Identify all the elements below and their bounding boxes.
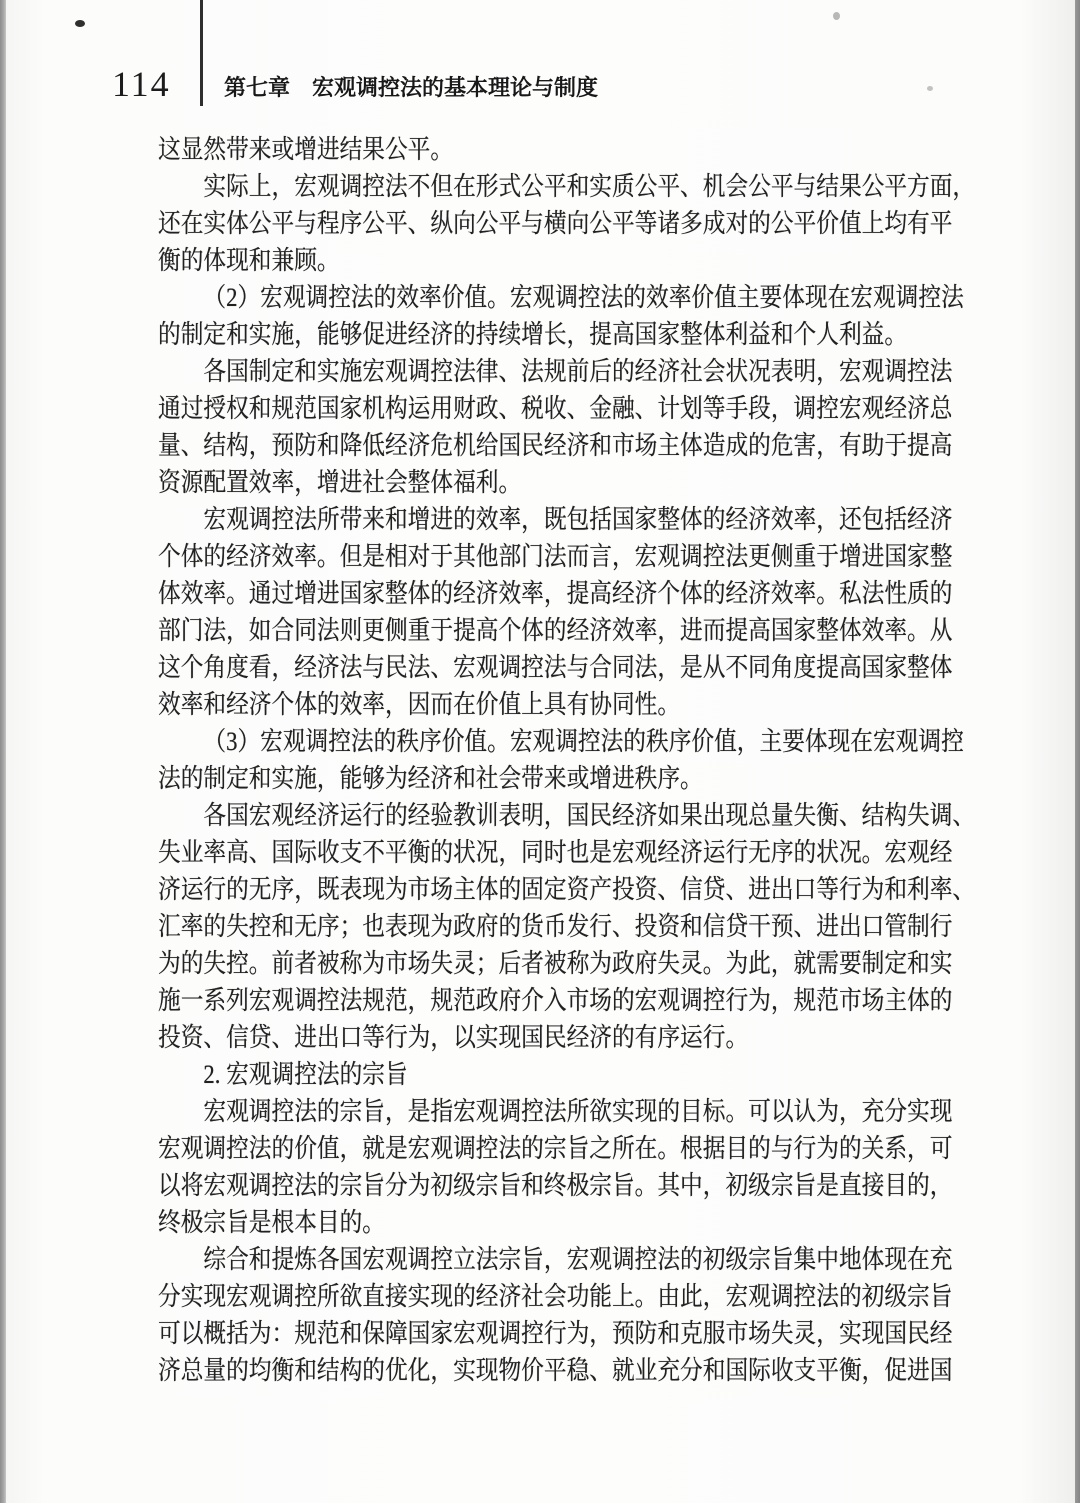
body-line: 济总量的均衡和结构的优化，实现物价平稳、就业充分和国际收支平衡，促进国 [158,1352,965,1389]
body-line: 施一系列宏观调控法规范，规范政府介入市场的宏观调控行为，规范市场主体的 [158,982,965,1019]
body-line: 投资、信贷、进出口等行为，以实现国民经济的有序运行。 [158,1019,965,1056]
body-line: 以将宏观调控法的宗旨分为初级宗旨和终极宗旨。其中，初级宗旨是直接目的， [158,1167,965,1204]
body-line: 汇率的失控和无序；也表现为政府的货币发行、投资和信贷干预、进出口管制行 [158,908,965,945]
body-line: 失业率高、国际收支不平衡的状况，同时也是宏观经济运行无序的状况。宏观经 [158,834,965,871]
body-line: 济运行的无序，既表现为市场主体的固定资产投资、信贷、进出口等行为和利率、 [158,871,965,908]
body-line: 量、结构，预防和降低经济危机给国民经济和市场主体造成的危害，有助于提高 [158,427,965,464]
body-line: （3）宏观调控法的秩序价值。宏观调控法的秩序价值，主要体现在宏观调控 [158,723,965,760]
page-number: 114 [112,63,171,105]
body-line: 宏观调控法的价值，就是宏观调控法的宗旨之所在。根据目的与行为的关系，可 [158,1130,965,1167]
body-line: 综合和提炼各国宏观调控立法宗旨，宏观调控法的初级宗旨集中地体现在充 [158,1241,965,1278]
chapter-title: 宏观调控法的基本理论与制度 [312,75,598,100]
body-line: 可以概括为：规范和保障国家宏观调控行为，预防和克服市场失灵，实现国民经 [158,1315,965,1352]
body-text: 这显然带来或增进结果公平。 实际上，宏观调控法不但在形式公平和实质公平、机会公平… [158,131,964,1389]
scan-speck [927,86,933,91]
scan-speck [833,12,840,20]
body-line: 效率和经济个体的效率，因而在价值上具有协同性。 [158,686,965,723]
body-line: 还在实体公平与程序公平、纵向公平与横向公平等诸多成对的公平价值上均有平 [158,205,965,242]
body-line: 资源配置效率，增进社会整体福利。 [158,464,965,501]
book-page: 114 第七章宏观调控法的基本理论与制度 这显然带来或增进结果公平。 实际上，宏… [0,0,1080,1503]
body-line: 为的失控。前者被称为市场失灵；后者被称为政府失灵。为此，就需要制定和实 [158,945,965,982]
body-line: 宏观调控法的宗旨，是指宏观调控法所欲实现的目标。可以认为，充分实现 [158,1093,965,1130]
body-line: 分实现宏观调控所欲直接实现的经济社会功能上。由此，宏观调控法的初级宗旨 [158,1278,965,1315]
body-line: （2）宏观调控法的效率价值。宏观调控法的效率价值主要体现在宏观调控法 [158,279,965,316]
body-line: 这个角度看，经济法与民法、宏观调控法与合同法，是从不同角度提高国家整体 [158,649,965,686]
section-heading-line: 2. 宏观调控法的宗旨 [158,1056,965,1093]
body-line: 这显然带来或增进结果公平。 [158,131,965,168]
scan-speck [75,20,85,27]
body-line: 部门法，如合同法则更侧重于提高个体的经济效率，进而提高国家整体效率。从 [158,612,965,649]
body-line: 法的制定和实施，能够为经济和社会带来或增进秩序。 [158,760,965,797]
body-line: 体效率。通过增进国家整体的经济效率，提高经济个体的经济效率。私法性质的 [158,575,965,612]
chapter-label: 第七章 [224,75,290,100]
page-right-edge [1075,0,1080,1503]
page-left-edge [0,0,6,1503]
body-line: 的制定和实施，能够促进经济的持续增长，提高国家整体利益和个人利益。 [158,316,965,353]
body-line: 通过授权和规范国家机构运用财政、税收、金融、计划等手段，调控宏观经济总 [158,390,965,427]
body-line: 实际上，宏观调控法不但在形式公平和实质公平、机会公平与结果公平方面， [158,168,965,205]
body-line: 个体的经济效率。但是相对于其他部门法而言，宏观调控法更侧重于增进国家整 [158,538,965,575]
body-line: 终极宗旨是根本目的。 [158,1204,965,1241]
body-line: 宏观调控法所带来和增进的效率，既包括国家整体的经济效率，还包括经济 [158,501,965,538]
chapter-header: 第七章宏观调控法的基本理论与制度 [224,71,598,102]
header-divider-rule [200,0,203,106]
body-line: 各国制定和实施宏观调控法律、法规前后的经济社会状况表明，宏观调控法 [158,353,965,390]
body-line: 衡的体现和兼顾。 [158,242,965,279]
body-line: 各国宏观经济运行的经验教训表明，国民经济如果出现总量失衡、结构失调、 [158,797,965,834]
